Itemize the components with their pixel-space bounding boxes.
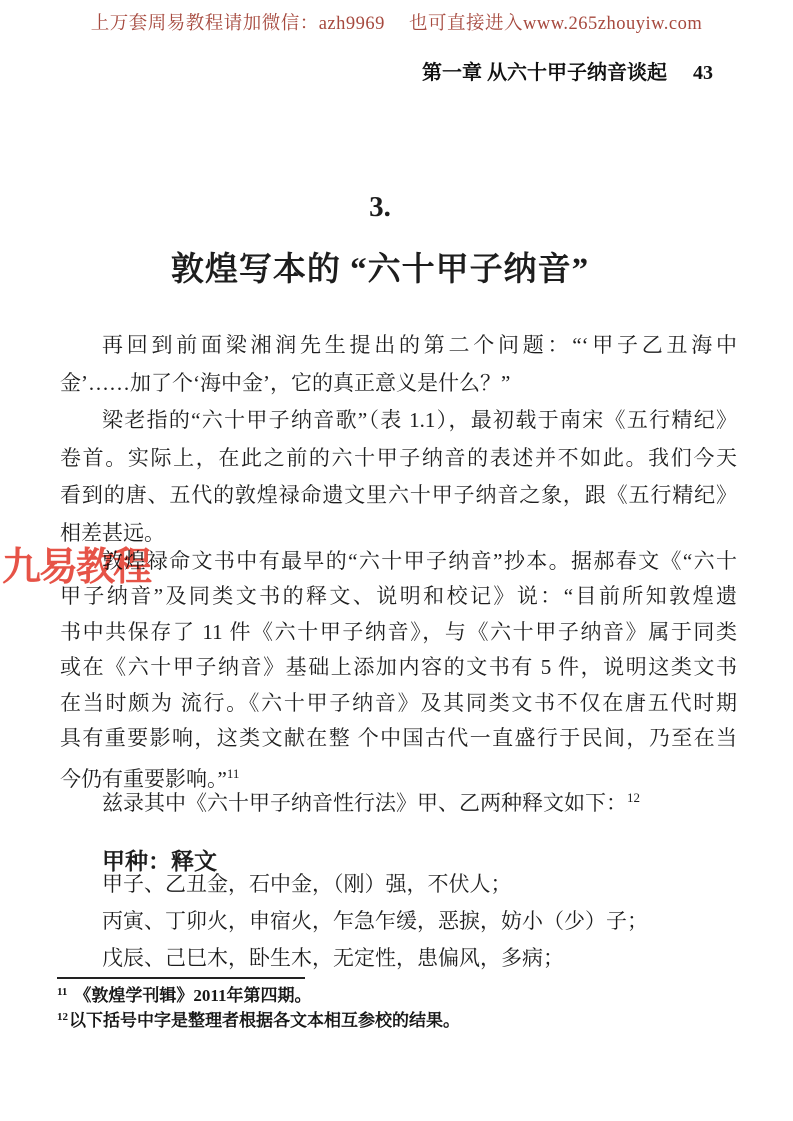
page-number: 43 bbox=[693, 62, 713, 84]
text-line: 看到的唐、五代的敦煌禄命遗文里六十甲子纳音之象，跟《五行精纪》 bbox=[60, 477, 737, 515]
chapter-title: 第一章 从六十甲子纳音谈起 bbox=[422, 62, 667, 84]
text-line: 具有重要影响，这类文献在整 个中国古代一直盛行于民间，乃至在当 bbox=[60, 721, 737, 756]
promo-banner: 上万套周易教程请加微信：azh9969 也可直接进入www.265zhouyiw… bbox=[0, 9, 793, 35]
footnote-12: 12以下括号中字是整理者根据各文本相互参校的结果。 bbox=[57, 1007, 717, 1032]
paragraph-3: 敦煌禄命文书中有最早的“六十甲子纳音”抄本。据郝春文《“六十 甲子纳音”及同类文… bbox=[60, 544, 737, 792]
shiwen-line-jiazi: 甲子、乙丑金，石中金，（刚）强，不伏人； bbox=[102, 866, 742, 903]
book-page: 上万套周易教程请加微信：azh9969 也可直接进入www.265zhouyiw… bbox=[0, 0, 793, 1121]
paragraph-4: 兹录其中《六十甲子纳音性行法》甲、乙两种释文如下：12 bbox=[60, 779, 737, 817]
text-line: 梁老指的“六十甲子纳音歌”（表 1.1），最初载于南宋《五行精纪》 bbox=[60, 402, 737, 440]
text-line: 卷首。实际上，在此之前的六十甲子纳音的表述并不如此。我们今天 bbox=[60, 440, 737, 478]
text-line: 金’……加了个‘海中金’，它的真正意义是什么？” bbox=[60, 365, 737, 403]
paragraph-2: 梁老指的“六十甲子纳音歌”（表 1.1），最初载于南宋《五行精纪》 卷首。实际上… bbox=[60, 402, 737, 552]
text-segment: 兹录其中《六十甲子纳音性行法》甲、乙两种释文如下： bbox=[102, 791, 627, 815]
footnote-number: 12 bbox=[57, 1011, 68, 1023]
footnote-reference-12: 12 bbox=[627, 790, 640, 805]
text-line: 或在《六十甲子纳音》基础上添加内容的文书有 5 件，说明这类文书 bbox=[60, 650, 737, 685]
text-line: 再回到前面梁湘润先生提出的第二个问题：“‘甲子乙丑海中 bbox=[60, 327, 737, 365]
shiwen-line-wuchen: 戊辰、己巳木，卧生木，无定性，患偏风，多病； bbox=[102, 940, 742, 977]
section-title: 敦煌写本的 “六十甲子纳音” bbox=[60, 243, 700, 290]
text-line: 书中共保存了 11 件《六十甲子纳音》，与《六十甲子纳音》属于同类 bbox=[60, 615, 737, 650]
section-number: 3. bbox=[60, 191, 700, 224]
shiwen-list: 甲子、乙丑金，石中金，（刚）强，不伏人； 丙寅、丁卯火，申宿火，乍急乍缓，恶捩，… bbox=[102, 866, 742, 977]
text-line: 在当时颇为 流行。《六十甲子纳音》及其同类文书不仅在唐五代时期 bbox=[60, 686, 737, 721]
text-line: 甲子纳音”及同类文书的释文、说明和校记》说：“目前所知敦煌遗 bbox=[60, 579, 737, 614]
footnote-text: 以下括号中字是整理者根据各文本相互参校的结果。 bbox=[69, 1011, 460, 1030]
paragraph-1: 再回到前面梁湘润先生提出的第二个问题：“‘甲子乙丑海中 金’……加了个‘海中金’… bbox=[60, 327, 737, 402]
text-line: 敦煌禄命文书中有最早的“六十甲子纳音”抄本。据郝春文《“六十 bbox=[60, 544, 737, 579]
footnote-number: 11 bbox=[57, 986, 67, 998]
footnote-divider bbox=[57, 977, 305, 979]
text-line: 兹录其中《六十甲子纳音性行法》甲、乙两种释文如下：12 bbox=[60, 779, 737, 817]
footnote-text: 《敦煌学刊辑》2011年第四期。 bbox=[74, 986, 311, 1005]
footnotes: 11《敦煌学刊辑》2011年第四期。 12以下括号中字是整理者根据各文本相互参校… bbox=[57, 982, 717, 1031]
running-header: 第一章 从六十甲子纳音谈起43 bbox=[422, 56, 713, 85]
footnote-11: 11《敦煌学刊辑》2011年第四期。 bbox=[57, 982, 717, 1007]
shiwen-line-bingyin: 丙寅、丁卯火，申宿火，乍急乍缓，恶捩，妨小（少）子； bbox=[102, 903, 742, 940]
watermark: 九易教程 bbox=[2, 536, 150, 592]
